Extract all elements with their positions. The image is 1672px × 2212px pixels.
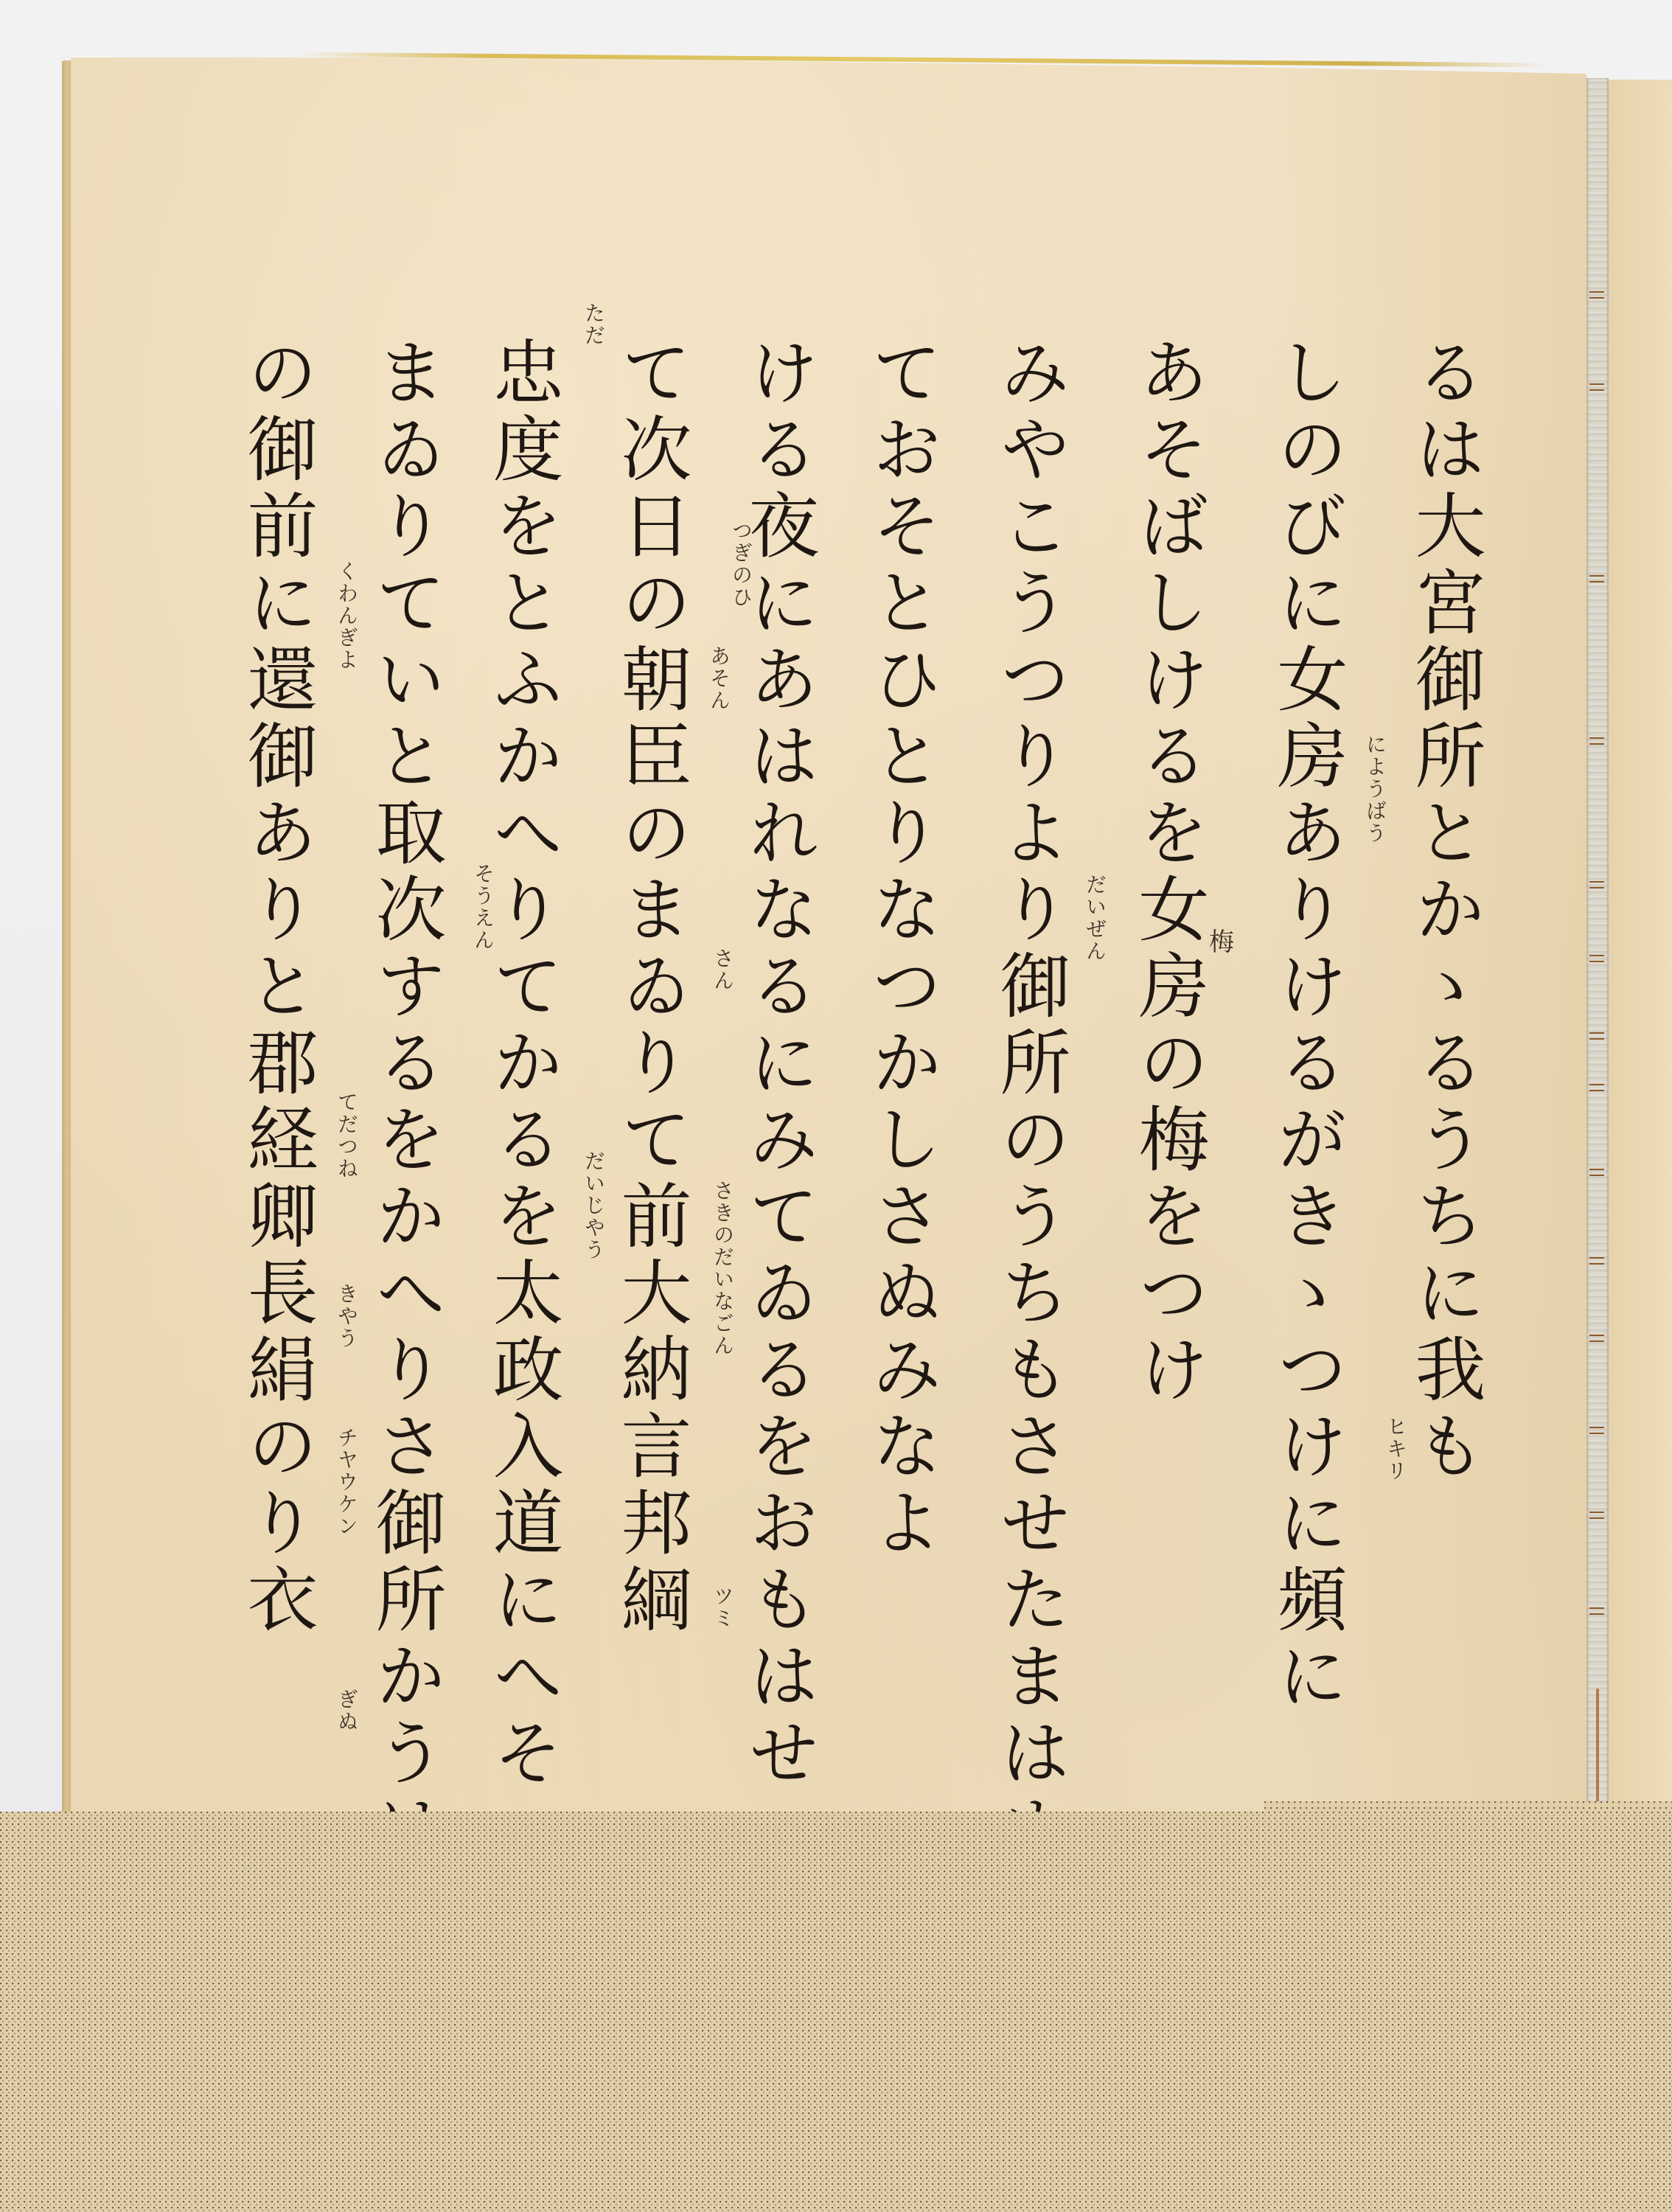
text-column-10: の御前に還御ありと郡経卿長絹のり衣 (233, 335, 321, 1639)
furigana: つぎのひ (730, 520, 752, 608)
furigana: そうえん (472, 863, 494, 951)
text-column-4: みやこうつりより御所のうちもさせたまはぬ (986, 335, 1074, 1869)
furigana: チヤウケン (335, 1427, 358, 1537)
furigana: てだつね (335, 1091, 358, 1180)
furigana: ぎぬ (335, 1688, 358, 1733)
margin-note: 梅 (1209, 922, 1234, 958)
furigana: くわんぎよ (335, 560, 358, 671)
furigana: だいぜん (1084, 874, 1106, 962)
furigana: さきのだいなごん (711, 1180, 734, 1357)
furigana: あそん (708, 645, 730, 712)
furigana: ただ (582, 302, 605, 347)
text-column-8: 忠度をとふかへりてかるを太政入道にへそ (478, 335, 567, 1792)
furigana: きやう (335, 1283, 358, 1349)
furigana: ツミ (711, 1585, 734, 1630)
text-column-5: ておそとひとりなつかしさぬみなよ (857, 335, 946, 1562)
text-column-1: るは大宮御所とかゝるうちに我も (1401, 335, 1489, 1486)
text-column-7: て次日の朝臣のまゐりて前大納言邦綱 (607, 335, 695, 1639)
text-column-2: しのびに女房ありけるがきゝつけに頻に (1263, 335, 1351, 1716)
furigana: ヒキリ (1384, 1416, 1407, 1482)
stippled-overlay-mask (0, 1812, 1672, 2212)
furigana: だいじやう (582, 1150, 605, 1261)
furigana: にようばう (1364, 734, 1386, 844)
manuscript-text: るは大宮御所とかゝるうちに我も しのびに女房ありけるがきゝつけに頻に あそばしけ… (0, 0, 1672, 1814)
text-column-9: まゐりていと取次するをかへりさ御所かうはり (361, 335, 450, 1946)
text-column-3: あそばしけるを女房の梅をつけ (1124, 335, 1213, 1409)
book-photograph: るは大宮御所とかゝるうちに我も しのびに女房ありけるがきゝつけに頻に あそばしけ… (0, 0, 1672, 2212)
furigana: さん (711, 947, 734, 992)
